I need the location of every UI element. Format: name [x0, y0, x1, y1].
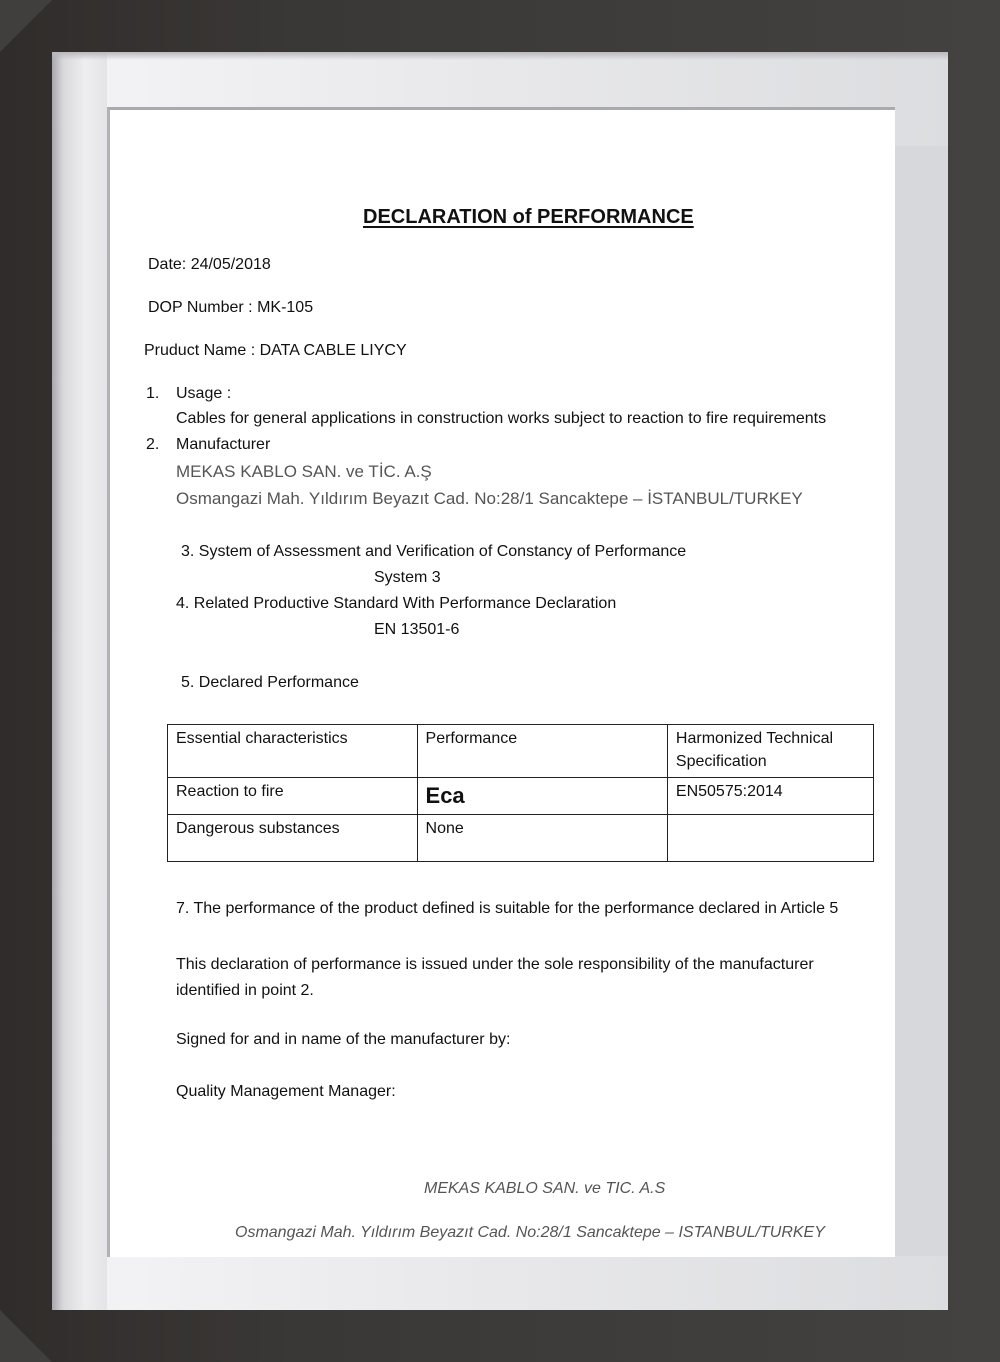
item-number: 2. [146, 436, 176, 454]
table-cell: Eca [417, 778, 667, 815]
declared-performance-table: Essential characteristics Performance Ha… [167, 724, 874, 862]
table-cell [667, 815, 873, 862]
table-cell: Reaction to fire [168, 778, 418, 815]
responsibility-statement: This declaration of performance is issue… [176, 952, 876, 1004]
table-header-row: Essential characteristics Performance Ha… [168, 725, 874, 778]
signed-by-line: Signed for and in name of the manufactur… [176, 1031, 510, 1049]
section-4-value: EN 13501-6 [374, 621, 459, 639]
item-heading: Usage : [176, 385, 231, 402]
table-header-cell: Performance [417, 725, 667, 778]
footer-company: MEKAS KABLO SAN. ve TIC. A.S [424, 1180, 665, 1198]
section-3-value: System 3 [374, 569, 441, 587]
table-cell: EN50575:2014 [667, 778, 873, 815]
section-5-heading: 5. Declared Performance [181, 674, 359, 692]
footer-address: Osmangazi Mah. Yıldırım Beyazıt Cad. No:… [235, 1224, 825, 1242]
document-content: DECLARATION of PERFORMANCE Date: 24/05/2… [0, 0, 1000, 1362]
quality-manager-line: Quality Management Manager: [176, 1083, 396, 1101]
item-number: 1. [146, 385, 176, 403]
section-3-heading: 3. System of Assessment and Verification… [181, 543, 686, 561]
performance-class: Eca [426, 784, 465, 807]
dop-number: DOP Number : MK-105 [148, 299, 313, 317]
table-cell: Dangerous substances [168, 815, 418, 862]
item-heading: Manufacturer [176, 436, 270, 453]
product-name: Pruduct Name : DATA CABLE LIYCY [144, 342, 407, 360]
table-row: Reaction to fire Eca EN50575:2014 [168, 778, 874, 815]
manufacturer-company: MEKAS KABLO SAN. ve TİC. A.Ş [176, 462, 432, 482]
manufacturer-address: Osmangazi Mah. Yıldırım Beyazıt Cad. No:… [176, 489, 803, 509]
usage-description: Cables for general applications in const… [176, 410, 826, 428]
table-row: Dangerous substances None [168, 815, 874, 862]
section-4-heading: 4. Related Productive Standard With Perf… [176, 595, 616, 613]
table-header-cell: Essential characteristics [168, 725, 418, 778]
table-header-cell: Harmonized Technical Specification [667, 725, 873, 778]
section-7-statement: 7. The performance of the product define… [176, 900, 892, 918]
date-line: Date: 24/05/2018 [148, 256, 271, 274]
item-manufacturer: 2.Manufacturer [146, 436, 270, 454]
table-cell: None [417, 815, 667, 862]
document-title: DECLARATION of PERFORMANCE [363, 206, 694, 229]
item-usage: 1.Usage : [146, 385, 231, 403]
